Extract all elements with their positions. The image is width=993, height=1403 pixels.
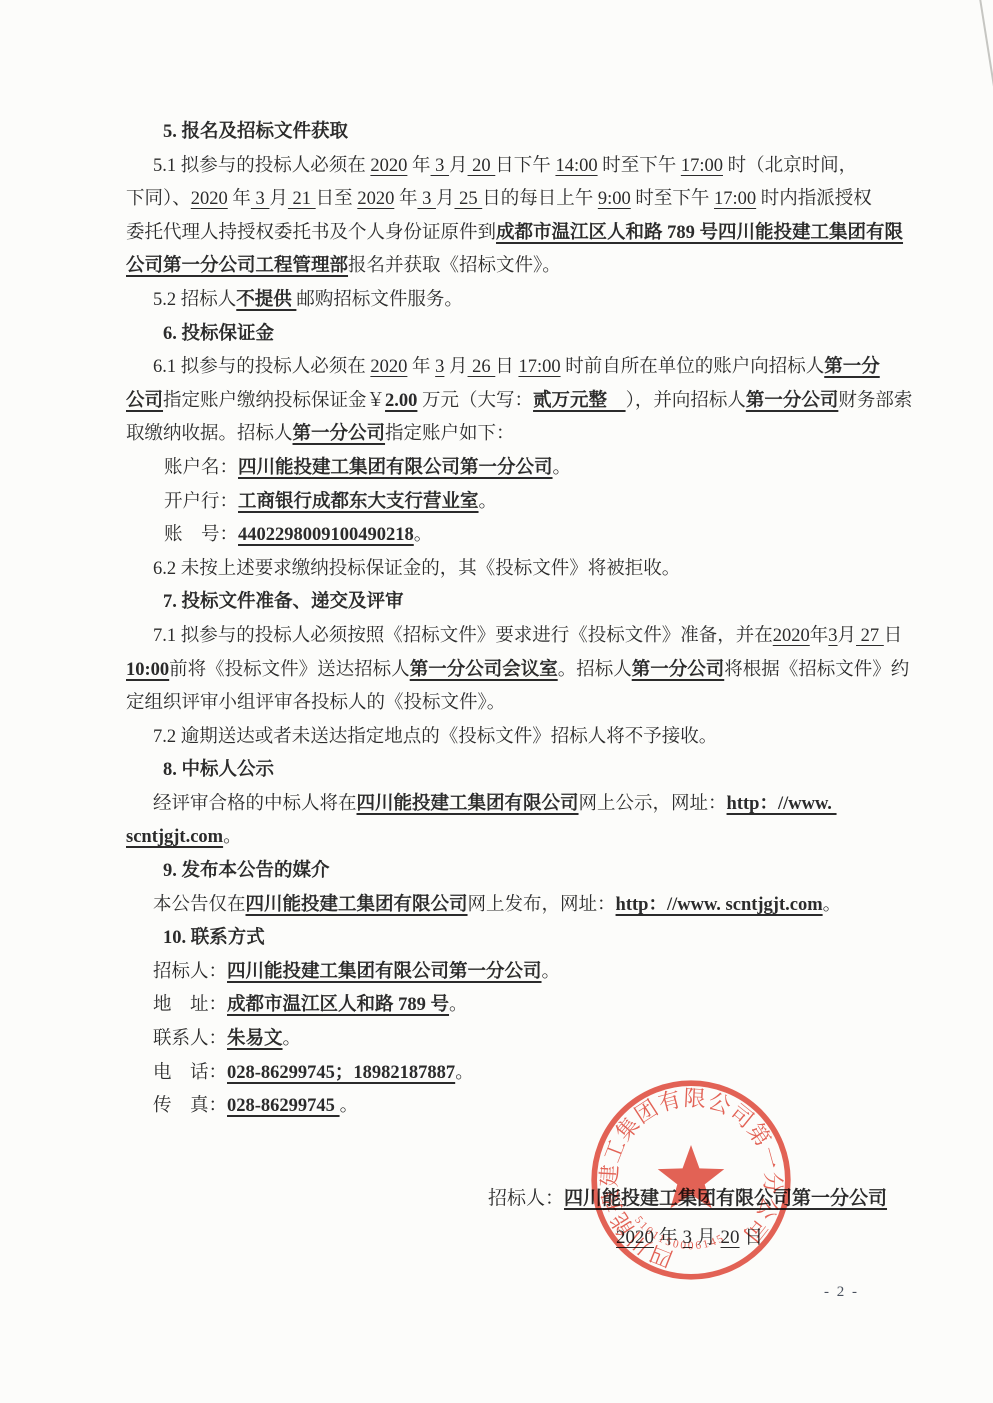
- scan-edge-artifact: [978, 0, 993, 106]
- text-segment: 。招标人: [558, 660, 632, 680]
- text-segment: 3: [828, 626, 837, 646]
- text-segment: 。: [449, 995, 468, 1015]
- text-segment: 2020: [370, 357, 407, 377]
- contact-address-line: 地 址：成都市温江区人和路 789 号。: [126, 989, 888, 1023]
- text-segment: 日至: [316, 189, 358, 209]
- text-segment: 第一分公司: [746, 391, 839, 411]
- text-segment: 2020: [357, 189, 394, 209]
- text-segment: 网上公示，网址：: [579, 794, 727, 814]
- contact-bidder-line: 招标人：四川能投建工集团有限公司第一分公司。: [126, 956, 888, 990]
- text-segment: 10. 联系方式: [163, 928, 265, 948]
- para-7-1-line1: 7.1 拟参与的投标人必须按照《招标文件》要求进行《投标文件》准备，并在2020…: [126, 620, 888, 654]
- text-segment: 成都市温江区人和路 789 号: [227, 995, 449, 1015]
- text-segment: 成都市温江区人和路 789 号四川能投建工集团有限: [496, 223, 903, 243]
- text-segment: 年: [407, 357, 435, 377]
- para-5-1-line3: 委托代理人持授权委托书及个人身份证原件到成都市温江区人和路 789 号四川能投建…: [126, 217, 888, 251]
- para-7-1-line3: 定组织评审小组评审各投标人的《投标文件》。: [126, 687, 888, 721]
- text-segment: ），并向招标人: [626, 391, 746, 411]
- text-segment: 5. 报名及招标文件获取: [163, 122, 348, 142]
- text-segment: 。: [340, 1096, 359, 1116]
- text-segment: 20: [468, 156, 496, 176]
- text-segment: 邮购招标文件服务。: [296, 290, 463, 310]
- text-segment: 朱易文: [227, 1029, 283, 1049]
- para-6-2: 6.2 未按上述要求缴纳投标保证金的，其《投标文件》将被拒收。: [126, 553, 888, 587]
- para-8-line2: scntjgjt.com。: [126, 821, 888, 855]
- text-segment: 028-86299745；18982187887: [227, 1063, 455, 1083]
- text-segment: 年: [228, 189, 251, 209]
- text-segment: 月: [444, 357, 467, 377]
- text-segment: 将根据《招标文件》约: [724, 660, 909, 680]
- text-segment: 3: [431, 156, 450, 176]
- text-segment: 25: [454, 189, 482, 209]
- text-segment: 取缴纳收据。招标人: [126, 424, 293, 444]
- text-segment: 14:00: [555, 156, 597, 176]
- text-segment: 招标人：: [153, 962, 227, 982]
- text-segment: 日的每日上午: [482, 189, 598, 209]
- text-segment: scntjgjt.com: [126, 827, 223, 847]
- text-segment: 。: [283, 1029, 302, 1049]
- text-segment: 四川能投建工集团有限公司: [357, 794, 579, 814]
- account-name-line: 账户名：四川能投建工集团有限公司第一分公司。: [126, 452, 888, 486]
- para-6-1-line1: 6.1 拟参与的投标人必须在 2020 年 3 月 26 日 17:00 时前自…: [126, 351, 888, 385]
- text-segment: 5.2 招标人: [153, 290, 236, 310]
- page-number: - 2 -: [824, 1284, 859, 1301]
- text-segment: 前将《投标文件》送达招标人: [169, 660, 410, 680]
- text-segment: 。: [823, 895, 842, 915]
- text-segment: 。: [479, 492, 498, 512]
- text-segment: 年: [810, 626, 829, 646]
- text-segment: 028-86299745: [227, 1096, 340, 1116]
- text-segment: 17:00: [714, 189, 756, 209]
- text-segment: 4402298009100490218: [238, 525, 414, 545]
- text-segment: 年: [394, 189, 417, 209]
- seal-star-icon: [658, 1145, 725, 1208]
- text-segment: 7. 投标文件准备、递交及评审: [163, 592, 404, 612]
- text-segment: 本公告仅在: [153, 895, 246, 915]
- para-7-2: 7.2 逾期送达或者未送达指定地点的《投标文件》招标人将不予接收。: [126, 721, 888, 755]
- text-segment: 月: [269, 189, 288, 209]
- text-segment: 报名并获取《招标文件》。: [348, 256, 561, 276]
- text-segment: 。: [223, 827, 242, 847]
- text-segment: 月: [436, 189, 455, 209]
- text-segment: 时前自所在单位的账户向招标人: [561, 357, 825, 377]
- text-segment: 27: [856, 626, 884, 646]
- text-segment: 2020: [191, 189, 228, 209]
- document-body: 5. 报名及招标文件获取5.1 拟参与的投标人必须在 2020 年 3 月 20…: [126, 116, 888, 1124]
- text-segment: 2020: [773, 626, 810, 646]
- text-segment: 月: [449, 156, 468, 176]
- text-segment: 网上发布，网址：: [468, 895, 616, 915]
- text-segment: 账户名：: [164, 458, 238, 478]
- text-segment: 。: [414, 525, 433, 545]
- text-segment: 年: [407, 156, 430, 176]
- text-segment: 3: [417, 189, 436, 209]
- text-segment: 2.00: [385, 391, 417, 411]
- text-segment: 四川能投建工集团有限公司第一分公司: [227, 962, 542, 982]
- text-segment: 时至下午: [631, 189, 714, 209]
- text-segment: http：//www. scntjgjt.com: [616, 895, 823, 915]
- text-segment: 21: [288, 189, 316, 209]
- para-7-1-line2: 10:00前将《投标文件》送达招标人第一分公司会议室。招标人第一分公司将根据《招…: [126, 654, 888, 688]
- text-segment: 第一分公司: [293, 424, 386, 444]
- text-segment: 贰万元整: [533, 391, 626, 411]
- section8-heading: 8. 中标人公示: [126, 754, 888, 788]
- para-5-2: 5.2 招标人不提供 邮购招标文件服务。: [126, 284, 888, 318]
- text-segment: 万元（大写：: [417, 391, 533, 411]
- text-segment: 财务部索: [838, 391, 912, 411]
- section9-heading: 9. 发布本公告的媒介: [126, 855, 888, 889]
- text-segment: 第一分公司会议室: [410, 660, 558, 680]
- para-6-1-line2: 公司指定账户缴纳投标保证金￥2.00 万元（大写：贰万元整 ），并向招标人第一分…: [126, 385, 888, 419]
- text-segment: 联系人：: [153, 1029, 227, 1049]
- text-segment: 时至下午: [598, 156, 681, 176]
- text-segment: 17:00: [681, 156, 723, 176]
- para-6-1-line3: 取缴纳收据。招标人第一分公司指定账户如下：: [126, 418, 888, 452]
- text-segment: 公司: [126, 391, 163, 411]
- text-segment: 四川能投建工集团有限公司第一分公司: [238, 458, 553, 478]
- text-segment: 公司第一分公司工程管理部: [126, 256, 348, 276]
- text-segment: 6.2 未按上述要求缴纳投标保证金的，其《投标文件》将被拒收。: [153, 559, 680, 579]
- text-segment: 指定账户缴纳投标保证金￥: [163, 391, 385, 411]
- text-segment: 日: [495, 357, 518, 377]
- text-segment: 指定账户如下：: [385, 424, 515, 444]
- text-segment: 2020: [370, 156, 407, 176]
- text-segment: 定组织评审小组评审各投标人的《投标文件》。: [126, 693, 505, 713]
- para-5-1-line1: 5.1 拟参与的投标人必须在 2020 年 3 月 20 日下午 14:00 时…: [126, 150, 888, 184]
- text-segment: 17:00: [518, 357, 560, 377]
- text-segment: 招标人：: [488, 1188, 564, 1209]
- text-segment: 月: [838, 626, 857, 646]
- text-segment: 9. 发布本公告的媒介: [163, 861, 330, 881]
- text-segment: 时内指派授权: [756, 189, 872, 209]
- text-segment: 3: [251, 189, 270, 209]
- text-segment: 不提供: [236, 290, 296, 310]
- text-segment: 地 址：: [153, 995, 227, 1015]
- section7-heading: 7. 投标文件准备、递交及评审: [126, 586, 888, 620]
- text-segment: 四川能投建工集团有限公司: [246, 895, 468, 915]
- section10-heading: 10. 联系方式: [126, 922, 888, 956]
- text-segment: 5.1 拟参与的投标人必须在: [153, 156, 370, 176]
- text-segment: 开户行：: [164, 492, 238, 512]
- text-segment: 6.1 拟参与的投标人必须在: [153, 357, 370, 377]
- text-segment: 经评审合格的中标人将在: [153, 794, 357, 814]
- text-segment: 第一分公司: [632, 660, 725, 680]
- text-segment: 8. 中标人公示: [163, 760, 274, 780]
- account-number-line: 账 号：4402298009100490218。: [126, 519, 888, 553]
- text-segment: 电 话：: [153, 1063, 227, 1083]
- text-segment: 7.2 逾期送达或者未送达指定地点的《投标文件》招标人将不予接收。: [153, 727, 717, 747]
- text-segment: 10:00: [126, 660, 169, 680]
- text-segment: 6. 投标保证金: [163, 324, 274, 344]
- company-seal-stamp: 四川能投建工集团有限公司第一分公司 5101150006145: [588, 1077, 794, 1283]
- bank-line: 开户行：工商银行成都东大支行营业室。: [126, 486, 888, 520]
- text-segment: 。: [553, 458, 572, 478]
- text-segment: 委托代理人持授权委托书及个人身份证原件到: [126, 223, 496, 243]
- section6-heading: 6. 投标保证金: [126, 318, 888, 352]
- text-segment: 26: [468, 357, 496, 377]
- text-segment: 账 号：: [164, 525, 238, 545]
- para-9-line1: 本公告仅在四川能投建工集团有限公司网上发布，网址：http：//www. scn…: [126, 889, 888, 923]
- text-segment: 第一分: [824, 357, 880, 377]
- text-segment: 时（北京时间，: [723, 156, 857, 176]
- section5-heading: 5. 报名及招标文件获取: [126, 116, 888, 150]
- text-segment: http：//www.: [727, 794, 837, 814]
- text-segment: 9:00: [598, 189, 631, 209]
- text-segment: 工商银行成都东大支行营业室: [238, 492, 479, 512]
- text-segment: 。: [455, 1063, 474, 1083]
- text-segment: 。: [542, 962, 561, 982]
- text-segment: 下同）、: [126, 189, 191, 209]
- para-8-line1: 经评审合格的中标人将在四川能投建工集团有限公司网上公示，网址：http：//ww…: [126, 788, 888, 822]
- text-segment: 日: [884, 626, 903, 646]
- para-5-1-line2: 下同）、2020 年 3 月 21 日至 2020 年 3 月 25 日的每日上…: [126, 183, 888, 217]
- text-segment: 日下午: [495, 156, 555, 176]
- contact-person-line: 联系人：朱易文。: [126, 1023, 888, 1057]
- para-5-1-line4: 公司第一分公司工程管理部报名并获取《招标文件》。: [126, 250, 888, 284]
- scanned-tender-notice-page: 5. 报名及招标文件获取5.1 拟参与的投标人必须在 2020 年 3 月 20…: [0, 0, 993, 1403]
- text-segment: 传 真：: [153, 1096, 227, 1116]
- text-segment: 7.1 拟参与的投标人必须按照《招标文件》要求进行《投标文件》准备，并在: [153, 626, 773, 646]
